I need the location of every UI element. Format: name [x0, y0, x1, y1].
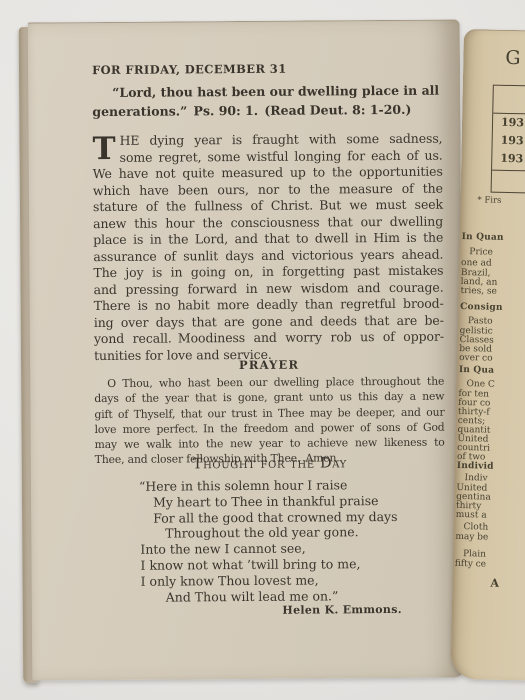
section-heading-fragment: Individ: [457, 462, 494, 472]
poem-line: Throughout the old year gone.: [165, 524, 397, 541]
section-heading-fragment: In Qua: [459, 366, 494, 376]
verse-line: “Lord, thou hast been our dwelling place…: [92, 81, 439, 102]
table-rule: [492, 170, 525, 173]
body-line: There is no habit more deadly than regre…: [94, 296, 444, 315]
section-heading-fragment: In Quan: [462, 233, 504, 243]
table-row-year: 193: [500, 152, 523, 165]
body-line: The joy is in going on, in forgetting pa…: [93, 263, 443, 282]
body-line: yond recall. Moodiness and worry rob us …: [94, 329, 444, 348]
poem-line: I only know Thou lovest me,: [141, 572, 398, 590]
scripture-verse: “Lord, thou hast been our dwelling place…: [92, 81, 439, 121]
prayer-paragraph: O Thou, who hast been our dwelling place…: [94, 374, 445, 468]
text-fragment: fifty ce: [455, 560, 486, 570]
text-fragment: Price: [469, 248, 493, 257]
price-table: 193 193 193: [491, 85, 525, 195]
footnote-fragment: * Firs: [477, 195, 501, 206]
verse-line: generations.” Ps. 90: 1. (Read Deut. 8: …: [92, 100, 439, 121]
poem: “Here in this solemn hour I raise My hea…: [139, 477, 398, 605]
drop-cap: T: [92, 134, 115, 164]
text-fragment: Pasto: [468, 317, 493, 327]
body-line: stature of the fullness of Christ. But w…: [93, 197, 443, 216]
poem-line: I know not what ’twill bring to me,: [140, 556, 397, 574]
poem-line: My heart to Thee in thankful praise: [153, 493, 397, 511]
left-page: FOR FRIDAY, DECEMBER 31 “Lord, thou hast…: [28, 20, 465, 681]
body-line: HE dying year is fraught with some sadne…: [92, 131, 442, 150]
photo-background: FOR FRIDAY, DECEMBER 31 “Lord, thou hast…: [0, 0, 525, 700]
text-fragment: Plain: [463, 550, 486, 559]
text-fragment: may be: [455, 533, 488, 543]
table-rule: [493, 113, 525, 116]
text-fragment: tries, se: [460, 287, 497, 297]
table-row-year: 193: [501, 116, 524, 129]
section-heading-fragment: Consign: [460, 303, 503, 313]
right-page-heading-fragment: G: [505, 47, 521, 69]
date-header: FOR FRIDAY, DECEMBER 31: [92, 62, 287, 77]
prayer-line: may we walk into the new year to achieve…: [95, 435, 445, 453]
poem-line: For all the good that crowned my days: [153, 509, 397, 527]
poem-line: “Here in this solemn hour I raise: [139, 477, 397, 495]
poem-attribution: Helen K. Emmons.: [96, 603, 446, 618]
table-row-year: 193: [501, 134, 524, 147]
text-fragment: over co: [459, 354, 493, 364]
right-page: G 193 193 193 * Firs In Quan Price one a…: [450, 29, 525, 681]
section-heading-fragment: A: [490, 579, 499, 588]
body-line: We have not quite measured up to the opp…: [93, 164, 443, 183]
poem-line: Into the new I cannot see,: [140, 540, 397, 558]
text-fragment: must a: [456, 511, 487, 521]
body-line: place is in the Lord, and that to dwell …: [93, 230, 443, 249]
prayer-heading: PRAYER: [94, 357, 444, 373]
body-paragraph: T HE dying year is fraught with some sad…: [92, 131, 444, 364]
text-fragment: Indiv: [464, 474, 487, 483]
thought-for-the-day-heading: Thought for the Day: [95, 455, 445, 473]
